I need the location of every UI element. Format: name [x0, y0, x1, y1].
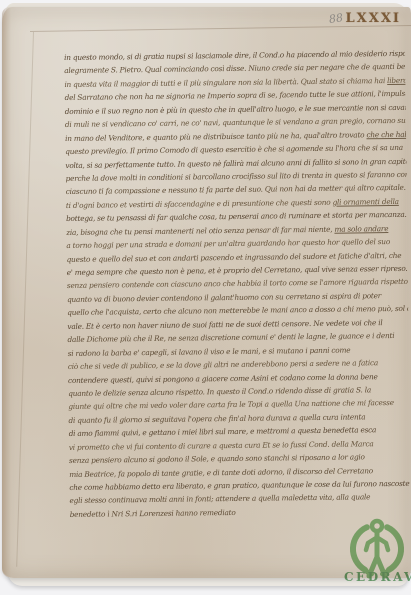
crease-horizontal: [30, 25, 411, 32]
paper-left-edge: [2, 7, 11, 578]
cedrav-stamp-label: CEDRAV: [344, 570, 410, 584]
manuscript-page: 88 LXXXI in questo mondo, si di gratia n…: [2, 7, 411, 578]
manuscript-lines: in questo mondo, si di gratia nupsi si l…: [64, 47, 411, 521]
pencil-foliation: 88: [328, 11, 344, 26]
folio-number: LXXXI: [346, 11, 401, 26]
photo-background: 88 LXXXI in questo mondo, si di gratia n…: [0, 0, 411, 595]
crease-vertical: [16, 32, 34, 567]
cedrav-stamp: CEDRAV: [344, 517, 410, 595]
